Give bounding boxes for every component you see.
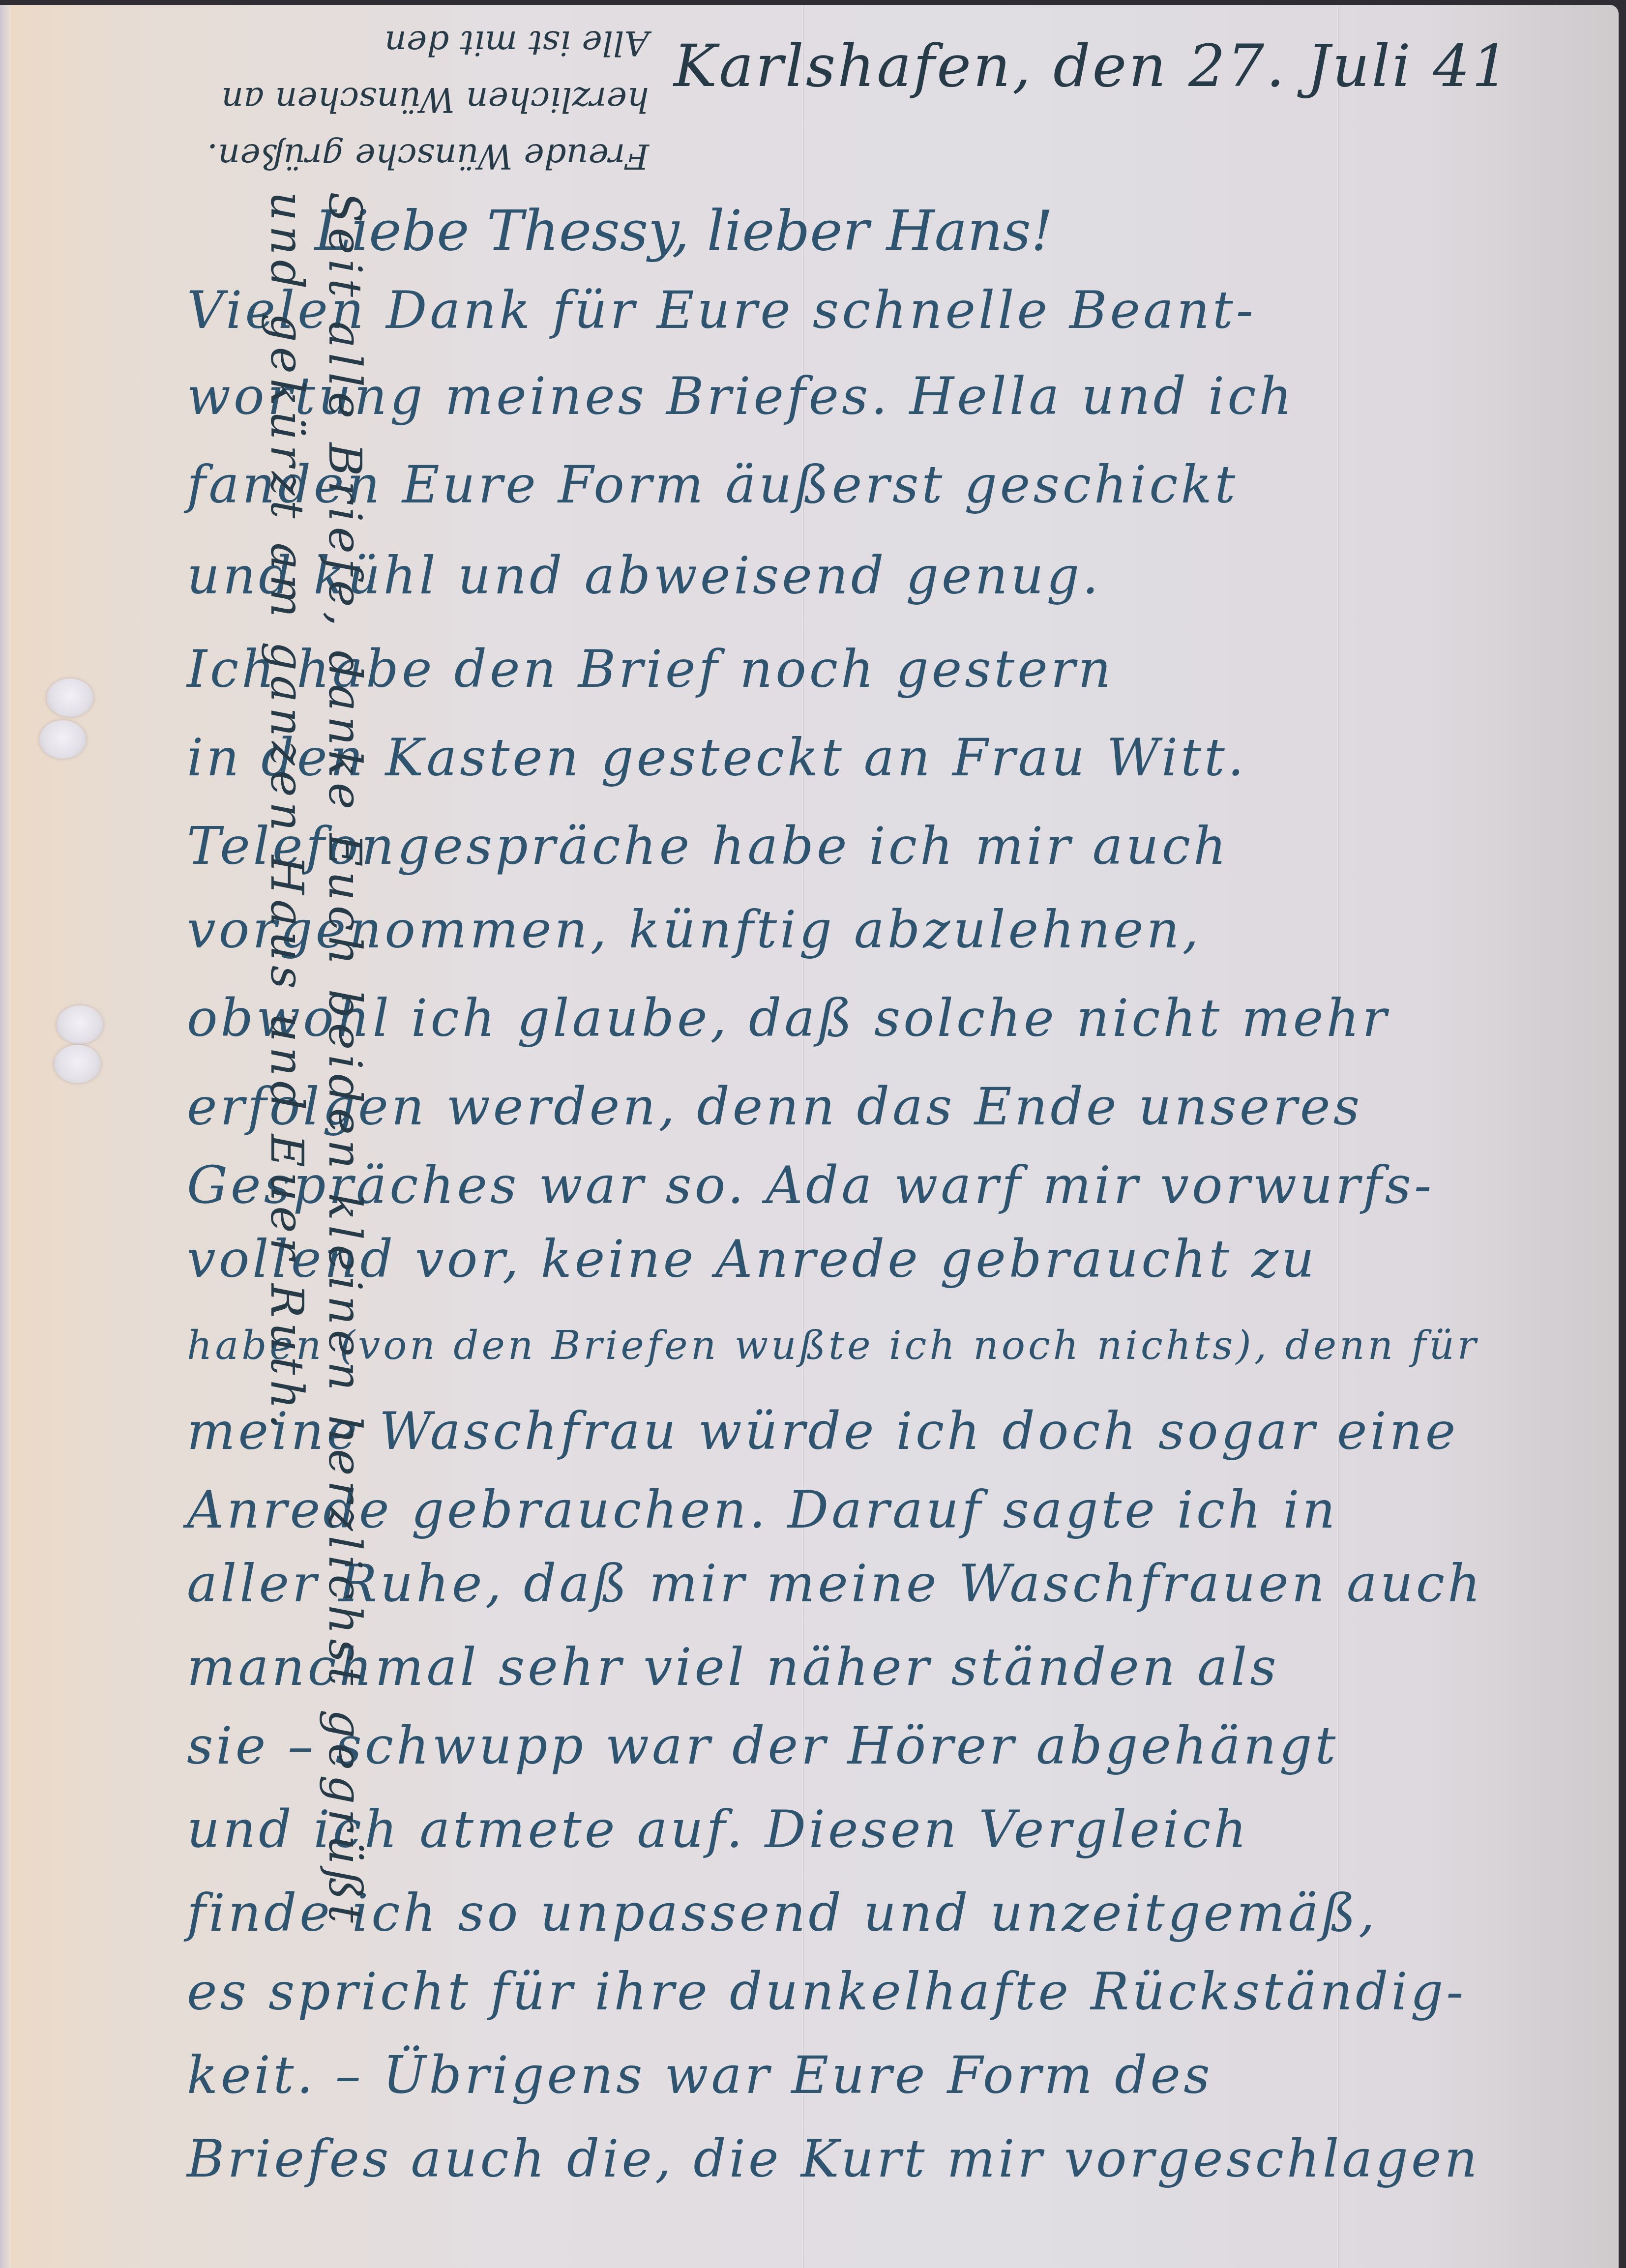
- body-line: Gespräches war so. Ada warf mir vorwurfs…: [187, 1155, 1434, 1215]
- punch-hole: [54, 1045, 101, 1083]
- body-line: aller Ruhe, daß mir meine Waschfrauen au…: [187, 1554, 1483, 1614]
- place-date: Karlshafen, den 27. Juli 41: [674, 32, 1511, 100]
- note-line: Freude Wünsche grüßen.: [84, 128, 649, 184]
- salutation: Liebe Thessy, lieber Hans!: [315, 199, 1053, 263]
- margin-line: Seit alle Briefe, danke Euch beiden klei…: [316, 192, 374, 2257]
- upside-down-note: Freude Wünsche grüßen. herzlichen Wünsch…: [84, 15, 649, 184]
- note-line: Alle ist mit den: [84, 15, 649, 71]
- body-line: es spricht für ihre dunkelhafte Rückstän…: [187, 1962, 1466, 2022]
- body-line: haben (von den Briefen wußte ich noch ni…: [187, 1323, 1479, 1368]
- paper-left-edge: [0, 5, 11, 2268]
- punch-hole: [47, 678, 93, 717]
- punch-hole: [39, 720, 86, 759]
- body-line: meine Waschfrau würde ich doch sogar ein…: [187, 1401, 1458, 1461]
- body-line: Briefes auch die, die Kurt mir vorgeschl…: [187, 2129, 1480, 2189]
- note-line: herzlichen Wünschen an: [84, 71, 649, 128]
- punch-hole: [57, 1005, 103, 1044]
- margin-note: Seit alle Briefe, danke Euch beiden klei…: [197, 192, 374, 2257]
- letter-paper: Freude Wünsche grüßen. herzlichen Wünsch…: [0, 5, 1619, 2268]
- margin-line: und gekürzt am ganzen Haus und Euer Ruth…: [258, 192, 316, 2257]
